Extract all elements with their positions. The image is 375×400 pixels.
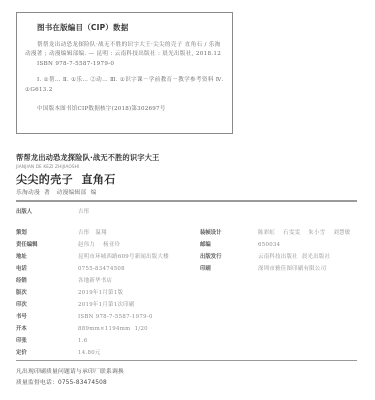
detail-row-format: 开本 889mm×1194mm 1/20 — [16, 326, 148, 333]
detail-label: 经销 — [16, 278, 61, 285]
detail-value: 889mm×1194mm 1/20 — [78, 326, 148, 333]
detail-value: 1.6 — [78, 338, 87, 345]
cip-classification: Ⅰ. ①帮… Ⅱ. ①乐… ②动… Ⅲ. ①识字课－学前教育－教学参考资料 Ⅳ.… — [25, 75, 224, 96]
detail-label: 开本 — [16, 326, 61, 333]
cip-description: 帮帮龙出动恐龙探险队·战无不胜的识字大王·尖尖的壳子 直角石 / 乐淘动漫著 ;… — [25, 41, 224, 60]
cip-title: 图书在版编目（CIP）数据 — [37, 22, 224, 33]
divider-bottom — [16, 360, 357, 361]
detail-value: 赵伟力 杨亚玲 — [78, 242, 120, 249]
detail-row-printing: 印次 2019年1月第1次印刷 — [16, 302, 135, 309]
detail-row-distribution: 经销 各地新华书店 — [16, 278, 112, 285]
detail-row-postcode: 邮编 650034 — [200, 242, 280, 249]
detail-value: 14.80元 — [78, 350, 101, 357]
book-series-title: 帮帮龙出动恐龙探险队·战无不胜的识字大王 — [16, 153, 159, 163]
divider-top — [16, 200, 357, 202]
quality-notice: 凡出现印刷质量问题请与承印厂联系调换 — [16, 366, 124, 375]
cip-number: 中国版本图书馆CIP数据核字(2018)第302697号 — [37, 104, 224, 112]
detail-label: 印刷 — [200, 266, 238, 273]
book-title-pinyin: JIANJIAN DE KEZI ZHIJIAOSHI — [16, 165, 79, 170]
detail-row-price: 定价 14.80元 — [16, 350, 101, 357]
detail-value: 昆明市环城西路609号新闻出版大楼 — [78, 254, 169, 261]
detail-label: 版次 — [16, 290, 61, 297]
detail-row-publisher-distributor: 出版发行 云南科技出版社 晨光出版社 — [200, 254, 330, 261]
detail-label: 书号 — [16, 314, 61, 321]
detail-value: 吉彤 — [78, 209, 89, 216]
detail-value: 深圳市雅佳图印刷有限公司 — [258, 266, 326, 273]
detail-value: 陈彩虹 石雯雯 朱小雪 刘慧敏 — [258, 230, 350, 237]
detail-label: 责任编辑 — [16, 242, 61, 249]
detail-label: 策划 — [16, 230, 61, 237]
detail-value: 2019年1月第1次印刷 — [78, 302, 135, 309]
detail-label: 定价 — [16, 350, 61, 357]
detail-value: 0755-83474508 — [78, 266, 125, 273]
detail-label: 地址 — [16, 254, 61, 261]
cip-data-box: 图书在版编目（CIP）数据 帮帮龙出动恐龙探险队·战无不胜的识字大王·尖尖的壳子… — [16, 12, 233, 134]
detail-value: 2019年1月第1版 — [78, 290, 123, 297]
detail-value: 各地新华书店 — [78, 278, 112, 285]
detail-value: 吉彤 温翔 — [78, 230, 107, 237]
detail-row-address: 地址 昆明市环城西路609号新闻出版大楼 — [16, 254, 169, 261]
cip-isbn: ISBN 978-7-5587-1979-0 — [25, 60, 224, 69]
detail-label: 印张 — [16, 338, 61, 345]
detail-row-isbn: 书号 ISBN 978-7-5587-1979-0 — [16, 314, 153, 321]
detail-label-text: 出版人 — [16, 209, 32, 216]
quality-hotline: 质量监督电话：0755-83474508 — [16, 377, 107, 386]
detail-row-design: 装帧设计 陈彩虹 石雯雯 朱小雪 刘慧敏 — [200, 230, 350, 237]
detail-label: 电话 — [16, 266, 61, 273]
detail-label: 印次 — [16, 302, 61, 309]
detail-row-sheets: 印张 1.6 — [16, 338, 87, 345]
detail-row-publisher: 出版人 吉彤 — [16, 209, 89, 216]
detail-label: 出版发行 — [200, 254, 238, 261]
detail-row-editor: 责任编辑 赵伟力 杨亚玲 — [16, 242, 120, 249]
detail-row-printer: 印刷 深圳市雅佳图印刷有限公司 — [200, 266, 326, 273]
detail-row-phone: 电话 0755-83474508 — [16, 266, 125, 273]
detail-row-edition: 版次 2019年1月第1版 — [16, 290, 123, 297]
detail-value: 650034 — [258, 242, 280, 249]
book-authors: 乐淘动漫 著 动漫编辑部 编 — [16, 187, 97, 196]
detail-row-planning: 策划 吉彤 温翔 — [16, 230, 107, 237]
book-title: 尖尖的壳子 直角石 — [16, 171, 116, 187]
detail-value: ISBN 978-7-5587-1979-0 — [78, 314, 153, 321]
detail-label: 邮编 — [200, 242, 238, 249]
detail-value: 云南科技出版社 晨光出版社 — [258, 254, 330, 261]
detail-label: 装帧设计 — [200, 230, 238, 237]
detail-label: 出版人 — [16, 209, 61, 216]
